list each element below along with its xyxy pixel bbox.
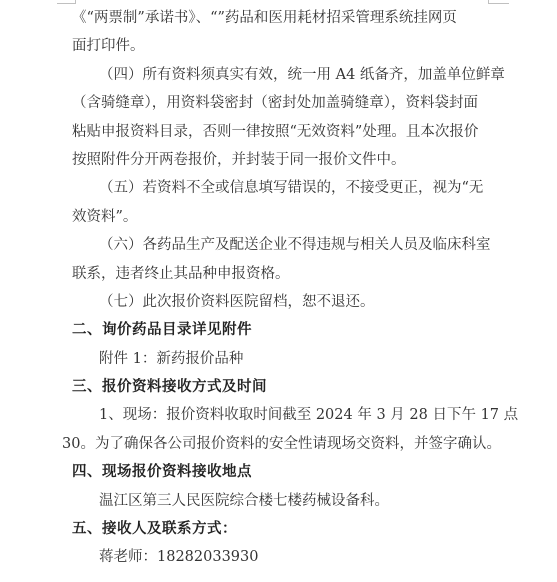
section-heading-4: 四、现场报价资料接收地点 — [72, 458, 512, 486]
text-line: （七）此次报价资料医院留档，恕不退还。 — [72, 288, 512, 316]
text-line: 30。为了确保各公司报价资料的安全性请现场交资料，并签字确认。 — [62, 430, 512, 458]
text-line: （五）若资料不全或信息填写错误的，不接受更正，视为“无 — [72, 174, 512, 202]
paragraph-contact: 蒋老师：18282033930 — [72, 543, 512, 571]
paragraph-continuation: 《“两票制”承诺书》、“”药品和医用耗材招采管理系统挂网页 面打印件。 — [72, 4, 512, 61]
text-line: （四）所有资料须真实有效，统一用 A4 纸备齐，加盖单位鲜章 — [72, 61, 512, 89]
text-line: （六）各药品生产及配送企业不得违规与相关人员及临床科室 — [72, 231, 512, 259]
paragraph-item-6: （六）各药品生产及配送企业不得违规与相关人员及临床科室 联系，违者终止其品种申报… — [72, 231, 512, 288]
paragraph-attachment: 附件 1：新药报价品种 — [72, 345, 512, 373]
heading-text: 三、报价资料接收方式及时间 — [72, 373, 512, 401]
paragraph-address: 温江区第三人民医院综合楼七楼药械设备科。 — [72, 487, 512, 515]
heading-text: 五、接收人及联系方式： — [72, 515, 512, 543]
paragraph-item-4: （四）所有资料须真实有效，统一用 A4 纸备齐，加盖单位鲜章 （含骑缝章），用资… — [72, 61, 512, 175]
text-line: （含骑缝章），用资料袋密封（密封处加盖骑缝章），资料袋封面 — [72, 89, 512, 117]
paragraph-item-5: （五）若资料不全或信息填写错误的，不接受更正，视为“无 效资料”。 — [72, 174, 512, 231]
section-heading-3: 三、报价资料接收方式及时间 — [72, 373, 512, 401]
text-line: 联系，违者终止其品种申报资格。 — [72, 260, 512, 288]
section-heading-5: 五、接收人及联系方式： — [72, 515, 512, 543]
text-line: 面打印件。 — [72, 32, 512, 60]
paragraph-item-7: （七）此次报价资料医院留档，恕不退还。 — [72, 288, 512, 316]
paragraph-onsite: 1、现场：报价资料收取时间截至 2024 年 3 月 28 日下午 17 点 3… — [72, 401, 512, 458]
text-line: 温江区第三人民医院综合楼七楼药械设备科。 — [72, 487, 512, 515]
section-heading-2: 二、询价药品目录详见附件 — [72, 316, 512, 344]
heading-text: 二、询价药品目录详见附件 — [72, 316, 512, 344]
text-line: 1、现场：报价资料收取时间截至 2024 年 3 月 28 日下午 17 点 — [72, 401, 512, 429]
text-line: 《“两票制”承诺书》、“”药品和医用耗材招采管理系统挂网页 — [72, 4, 512, 32]
document-page: { "page": { "background": "#ffffff", "te… — [0, 0, 557, 582]
text-line: 效资料”。 — [72, 203, 512, 231]
heading-text: 四、现场报价资料接收地点 — [72, 458, 512, 486]
document-content: 《“两票制”承诺书》、“”药品和医用耗材招采管理系统挂网页 面打印件。 （四）所… — [72, 4, 512, 572]
text-line: 粘贴申报资料目录，否则一律按照“无效资料”处理。且本次报价 — [72, 118, 512, 146]
text-line: 按照附件分开两卷报价，并封装于同一报价文件中。 — [72, 146, 512, 174]
text-line: 附件 1：新药报价品种 — [72, 345, 512, 373]
text-line: 蒋老师：18282033930 — [72, 543, 512, 571]
